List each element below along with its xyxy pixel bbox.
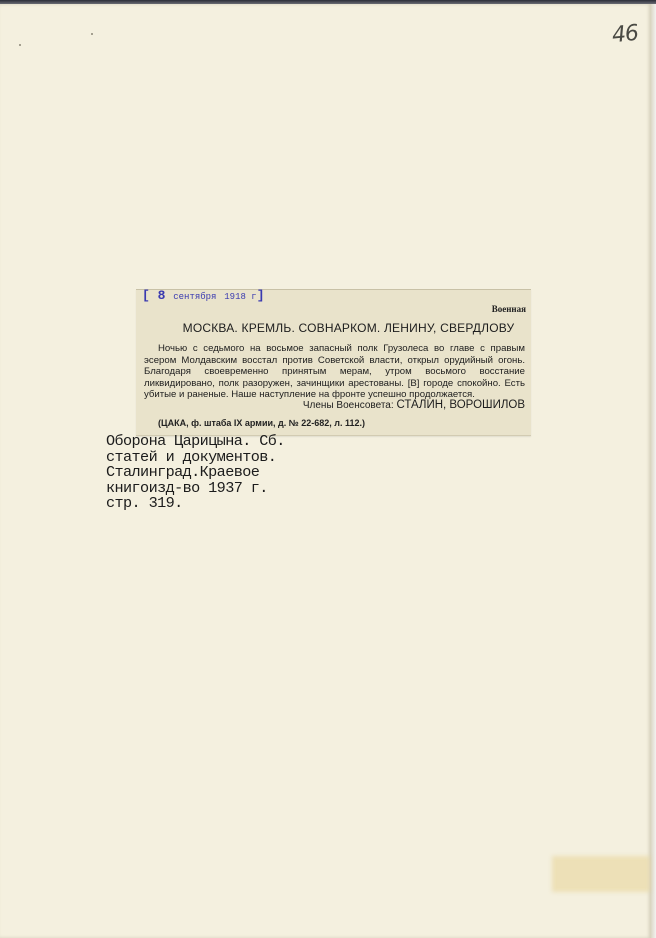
handwritten-page-number: 46 [611,21,639,49]
date-month: сентября [173,292,216,302]
date-year: 1918 г [224,292,256,302]
signature-names: СТАЛИН, ВОРОШИЛОВ [396,399,525,411]
date-bracket-close: ] [257,288,265,303]
paper-speck [91,33,93,35]
date-stamp: [ 8 сентября 1918 г] [142,288,265,303]
telegram-body: Ночью с седьмого на восьмое запасный пол… [144,343,525,401]
archive-source-reference: (ЦАКА, ф. штаба IX армии, д. № 22-682, л… [158,418,365,428]
signature-label: Члены Военсовета: [303,400,394,411]
paper-right-edge [651,4,656,938]
typed-bibliographic-note: Оборона Царицына. Сб.статей и документов… [106,434,285,512]
telegram-signature: Члены Военсовета: СТАЛИН, ВОРОШИЛОВ [303,399,525,411]
paper-speck [19,44,21,46]
telegram-category: Военная [492,304,526,314]
telegram-address: МОСКВА. КРЕМЛЬ. СОВНАРКОМ. ЛЕНИНУ, СВЕРД… [136,321,531,335]
date-bracket-open: [ [142,288,150,303]
date-day: 8 [158,288,166,303]
paper-stain [552,856,650,892]
newspaper-clipping: [ 8 сентября 1918 г] Военная МОСКВА. КРЕ… [136,289,531,436]
note-line: стр. 319. [106,496,285,512]
archive-page [0,4,651,938]
